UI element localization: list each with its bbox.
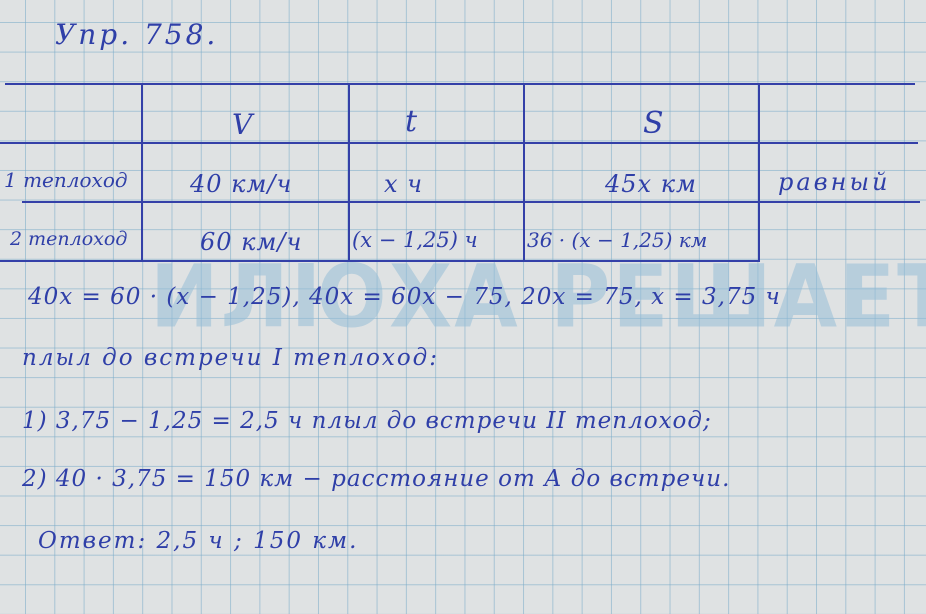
table-border-bottom bbox=[0, 260, 760, 262]
row2-t: (x − 1,25) ч bbox=[352, 228, 478, 252]
row2-label: 2 теплоход bbox=[10, 228, 127, 250]
table-col-divider-1 bbox=[141, 83, 143, 260]
step-2: 2) 40 · 3,75 = 150 км − расстояние от А … bbox=[22, 466, 730, 492]
solution-line: плыл до встречи I теплоход: bbox=[22, 345, 439, 371]
row1-t: x ч bbox=[384, 170, 423, 198]
equation-line: 40x = 60 · (x − 1,25), 40x = 60x − 75, 2… bbox=[28, 284, 781, 310]
header-v: V bbox=[232, 108, 253, 141]
step-1: 1) 3,75 − 1,25 = 2,5 ч плыл до встречи I… bbox=[22, 408, 712, 434]
row1-v: 40 км/ч bbox=[190, 170, 292, 198]
exercise-title: Упр. 758. bbox=[55, 18, 218, 51]
row2-s: 36 · (x − 1,25) км bbox=[527, 228, 707, 252]
answer: Ответ: 2,5 ч ; 150 км. bbox=[38, 528, 358, 554]
meeting-text: плыл до встречи I теплоход: bbox=[22, 345, 439, 371]
table-col-divider-2 bbox=[348, 83, 350, 260]
table-col-divider-3 bbox=[523, 83, 525, 260]
header-t: t bbox=[405, 104, 418, 139]
row1-note: равный bbox=[778, 168, 890, 196]
table-col-divider-4 bbox=[758, 83, 760, 260]
table-border-row1 bbox=[22, 201, 920, 203]
row2-v: 60 км/ч bbox=[200, 228, 302, 256]
header-s: S bbox=[643, 106, 665, 141]
row1-label: 1 теплоход bbox=[4, 168, 128, 192]
row1-s: 45x км bbox=[605, 170, 697, 198]
table-border-header bbox=[0, 142, 918, 144]
